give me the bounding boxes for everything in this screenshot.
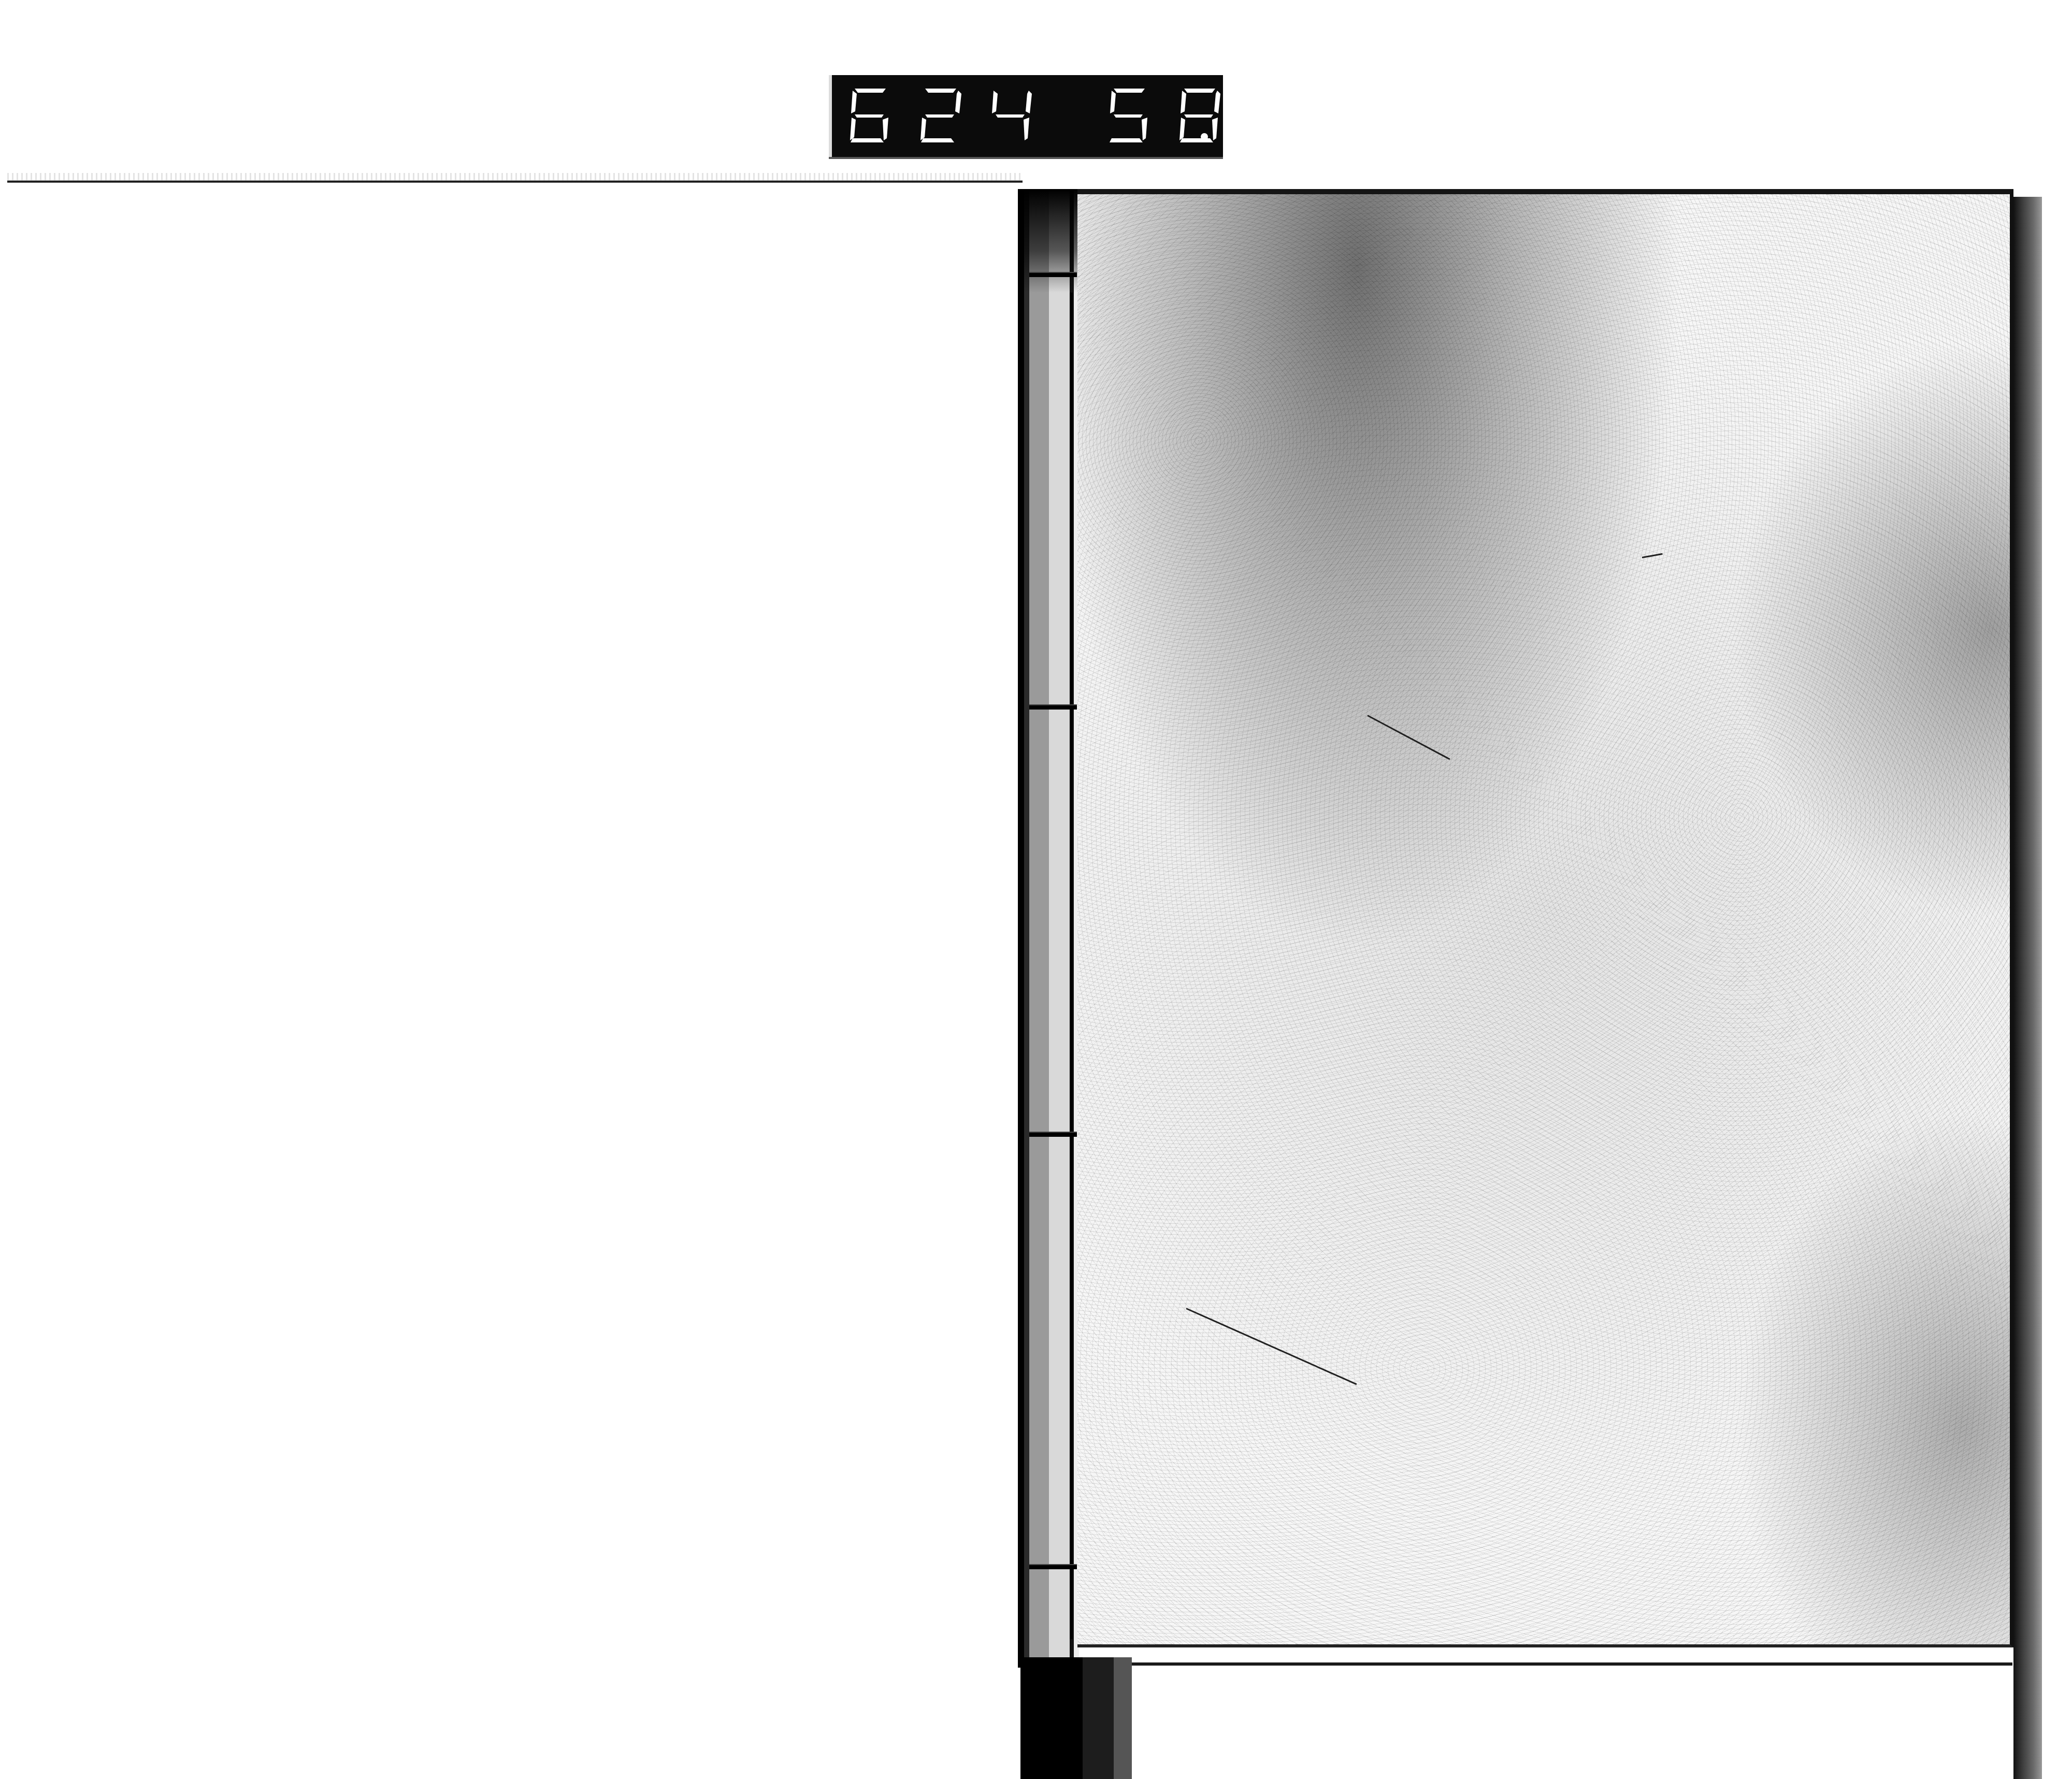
cover-scratch bbox=[1367, 715, 1450, 760]
label-dot bbox=[1201, 133, 1208, 140]
binding-stitch bbox=[1029, 1132, 1077, 1137]
cover-scratch bbox=[1186, 1308, 1357, 1385]
page-edge-strip bbox=[2013, 197, 2042, 1779]
book-cover bbox=[1077, 189, 2013, 1647]
scanned-page: 624 589 bbox=[0, 0, 2072, 1779]
label-digit bbox=[847, 86, 893, 143]
label-digit bbox=[988, 86, 1034, 143]
top-rule bbox=[7, 180, 1023, 183]
label-digit bbox=[1106, 86, 1152, 143]
label-digit bbox=[1177, 86, 1222, 143]
label-digits bbox=[847, 86, 1318, 143]
label-digit bbox=[918, 86, 963, 143]
spine-bottom-block bbox=[1020, 1657, 1132, 1779]
top-rule-noise bbox=[7, 173, 1023, 180]
binding-stitch bbox=[1029, 272, 1077, 277]
binding-stitch bbox=[1029, 1564, 1077, 1569]
cover-mark bbox=[1642, 553, 1663, 558]
label-digit bbox=[1247, 86, 1293, 143]
bottom-edge bbox=[1132, 1662, 2012, 1666]
book bbox=[1018, 166, 2025, 1662]
spine-shadow bbox=[1018, 189, 1079, 293]
catalog-number-label: 624 589 bbox=[829, 75, 1223, 157]
binding-thread bbox=[1070, 293, 1073, 1639]
binding-stitch bbox=[1029, 704, 1077, 710]
